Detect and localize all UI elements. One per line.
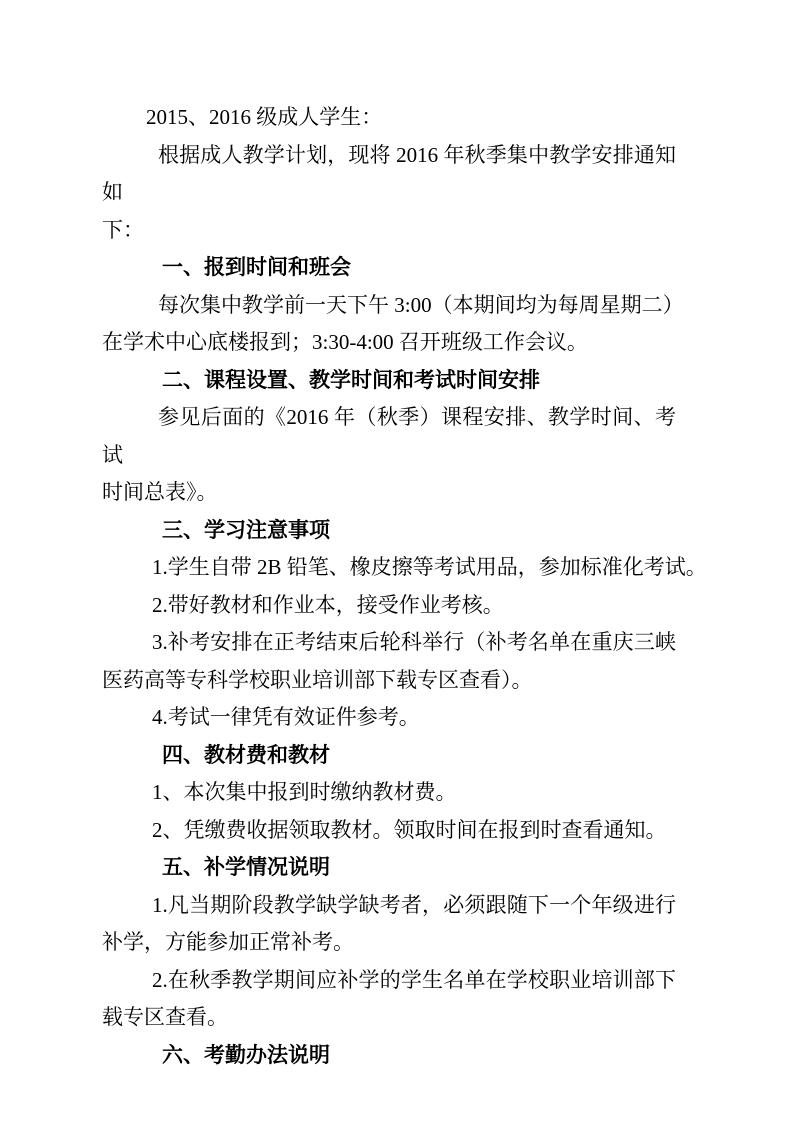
list-item-5-1: 1.凡当期阶段教学缺学缺考者，必须跟随下一个年级进行 补学，方能参加正常补考。 bbox=[102, 887, 676, 962]
text-line: 1.凡当期阶段教学缺学缺考者，必须跟随下一个年级进行 bbox=[102, 887, 676, 925]
text-line: 医药高等专科学校职业培训部下载专区查看）。 bbox=[102, 662, 676, 700]
text-line: 1.学生自带 2B 铅笔、橡皮擦等考试用品，参加标准化考试。 bbox=[102, 549, 676, 587]
text-line: 时间总表》。 bbox=[102, 474, 676, 512]
list-item-3-1: 1.学生自带 2B 铅笔、橡皮擦等考试用品，参加标准化考试。 bbox=[102, 549, 676, 587]
text-line: 每次集中教学前一天下午 3:00（本期间均为每周星期二） bbox=[102, 287, 676, 325]
section-heading-1: 一、报到时间和班会 bbox=[102, 249, 676, 287]
list-item-3-3: 3.补考安排在正考结束后轮科举行（补考名单在重庆三峡 医药高等专科学校职业培训部… bbox=[102, 624, 676, 699]
section-heading-4: 四、教材费和教材 bbox=[102, 737, 676, 775]
text-line: 2、凭缴费收据领取教材。领取时间在报到时查看通知。 bbox=[102, 812, 676, 850]
text-line: 补学，方能参加正常补考。 bbox=[102, 924, 676, 962]
paragraph-report-time: 每次集中教学前一天下午 3:00（本期间均为每周星期二） 在学术中心底楼报到；3… bbox=[102, 287, 676, 362]
text-line: 一、报到时间和班会 bbox=[102, 249, 676, 287]
list-item-4-2: 2、凭缴费收据领取教材。领取时间在报到时查看通知。 bbox=[102, 812, 676, 850]
text-line: 六、考勤办法说明 bbox=[102, 1037, 676, 1075]
text-line: 根据成人教学计划，现将 2016 年秋季集中教学安排通知如 bbox=[102, 137, 676, 212]
list-item-4-1: 1、本次集中报到时缴纳教材费。 bbox=[102, 774, 676, 812]
list-item-5-2: 2.在秋季教学期间应补学的学生名单在学校职业培训部下 载专区查看。 bbox=[102, 962, 676, 1037]
paragraph-salutation: 2015、2016 级成人学生： bbox=[102, 99, 676, 137]
list-item-3-2: 2.带好教材和作业本，接受作业考核。 bbox=[102, 587, 676, 625]
text-line: 下： bbox=[102, 212, 676, 250]
text-line: 四、教材费和教材 bbox=[102, 737, 676, 775]
paragraph-intro: 根据成人教学计划，现将 2016 年秋季集中教学安排通知如 下： bbox=[102, 137, 676, 250]
section-heading-2: 二、课程设置、教学时间和考试时间安排 bbox=[102, 362, 676, 400]
text-line: 2.在秋季教学期间应补学的学生名单在学校职业培训部下 bbox=[102, 962, 676, 1000]
list-item-3-4: 4.考试一律凭有效证件参考。 bbox=[102, 699, 676, 737]
paragraph-course-schedule: 参见后面的《2016 年（秋季）课程安排、教学时间、考试 时间总表》。 bbox=[102, 399, 676, 512]
text-line: 1、本次集中报到时缴纳教材费。 bbox=[102, 774, 676, 812]
text-line: 参见后面的《2016 年（秋季）课程安排、教学时间、考试 bbox=[102, 399, 676, 474]
text-line: 五、补学情况说明 bbox=[102, 849, 676, 887]
document-page: 2015、2016 级成人学生： 根据成人教学计划，现将 2016 年秋季集中教… bbox=[102, 99, 676, 1074]
text-line: 载专区查看。 bbox=[102, 999, 676, 1037]
text-line: 二、课程设置、教学时间和考试时间安排 bbox=[102, 362, 676, 400]
text-line: 三、学习注意事项 bbox=[102, 512, 676, 550]
section-heading-3: 三、学习注意事项 bbox=[102, 512, 676, 550]
text-line: 在学术中心底楼报到；3:30-4:00 召开班级工作会议。 bbox=[102, 324, 676, 362]
text-line: 4.考试一律凭有效证件参考。 bbox=[102, 699, 676, 737]
text-line: 3.补考安排在正考结束后轮科举行（补考名单在重庆三峡 bbox=[102, 624, 676, 662]
text-line: 2.带好教材和作业本，接受作业考核。 bbox=[102, 587, 676, 625]
section-heading-5: 五、补学情况说明 bbox=[102, 849, 676, 887]
section-heading-6: 六、考勤办法说明 bbox=[102, 1037, 676, 1075]
text-line: 2015、2016 级成人学生： bbox=[102, 99, 676, 137]
